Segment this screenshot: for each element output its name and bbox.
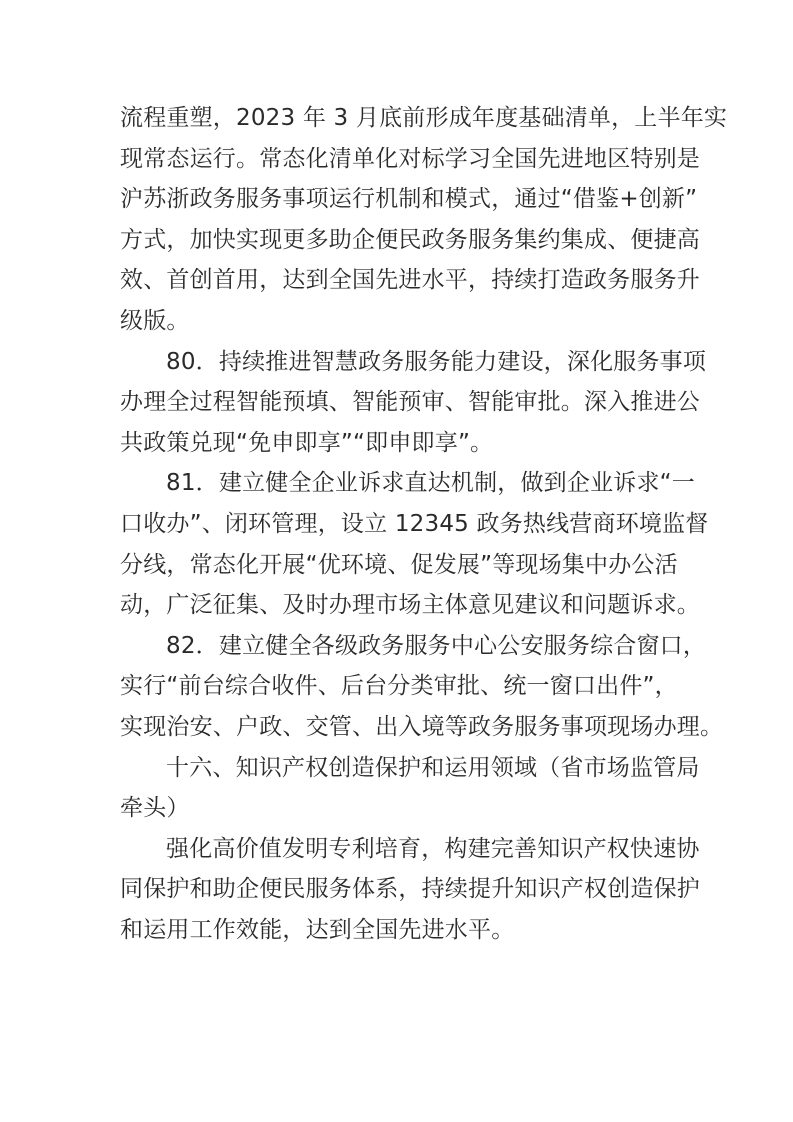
text-line: 办理全过程智能预填、智能预审、智能审批。深入推进公 bbox=[120, 382, 680, 423]
text-line: 动，广泛征集、及时办理市场主体意见建议和问题诉求。 bbox=[120, 585, 680, 626]
text-line: 81．建立健全企业诉求直达机制，做到企业诉求“一 bbox=[120, 463, 680, 504]
paragraph-section-16-body: 强化高价值发明专利培育，构建完善知识产权快速协 同保护和助企便民服务体系，持续提… bbox=[120, 829, 680, 951]
paragraph-item-80: 80．持续推进智慧政务服务能力建设，深化服务事项 办理全过程智能预填、智能预审、… bbox=[120, 342, 680, 464]
text-line: 方式，加快实现更多助企便民政务服务集约集成、便捷高 bbox=[120, 220, 680, 261]
text-line: 实行“前台综合收件、后台分类审批、统一窗口出件”， bbox=[120, 666, 680, 707]
text-line: 和运用工作效能，达到全国先进水平。 bbox=[120, 910, 680, 951]
text-line: 沪苏浙政务服务事项运行机制和模式，通过“借鉴+创新” bbox=[120, 179, 680, 220]
text-line: 同保护和助企便民服务体系，持续提升知识产权创造保护 bbox=[120, 869, 680, 910]
text-line: 分线，常态化开展“优环境、促发展”等现场集中办公活 bbox=[120, 545, 680, 586]
text-line: 效、首创首用，达到全国先进水平，持续打造政务服务升 bbox=[120, 260, 680, 301]
paragraph-item-81: 81．建立健全企业诉求直达机制，做到企业诉求“一 口收办”、闭环管理，设立 12… bbox=[120, 463, 680, 625]
text-line: 80．持续推进智慧政务服务能力建设，深化服务事项 bbox=[120, 342, 680, 383]
text-line: 82．建立健全各级政务服务中心公安服务综合窗口， bbox=[120, 626, 680, 667]
text-line: 十六、知识产权创造保护和运用领域（省市场监管局 bbox=[120, 748, 680, 789]
text-line: 口收办”、闭环管理，设立 12345 政务热线营商环境监督 bbox=[120, 504, 680, 545]
text-line: 现常态运行。常态化清单化对标学习全国先进地区特别是 bbox=[120, 139, 680, 180]
paragraph-item-82: 82．建立健全各级政务服务中心公安服务综合窗口， 实行“前台综合收件、后台分类审… bbox=[120, 626, 680, 748]
document-page: 流程重塑，2023 年 3 月底前形成年度基础清单，上半年实 现常态运行。常态化… bbox=[120, 98, 680, 950]
text-line: 强化高价值发明专利培育，构建完善知识产权快速协 bbox=[120, 829, 680, 870]
text-line: 实现治安、户政、交管、出入境等政务服务事项现场办理。 bbox=[120, 707, 680, 748]
text-line: 共政策兑现“免申即享”“即申即享”。 bbox=[120, 423, 680, 464]
text-line: 级版。 bbox=[120, 301, 680, 342]
text-line: 牵头） bbox=[120, 788, 680, 829]
section-heading-16: 十六、知识产权创造保护和运用领域（省市场监管局 牵头） bbox=[120, 748, 680, 829]
paragraph-continuation: 流程重塑，2023 年 3 月底前形成年度基础清单，上半年实 现常态运行。常态化… bbox=[120, 98, 680, 342]
text-line: 流程重塑，2023 年 3 月底前形成年度基础清单，上半年实 bbox=[120, 98, 680, 139]
